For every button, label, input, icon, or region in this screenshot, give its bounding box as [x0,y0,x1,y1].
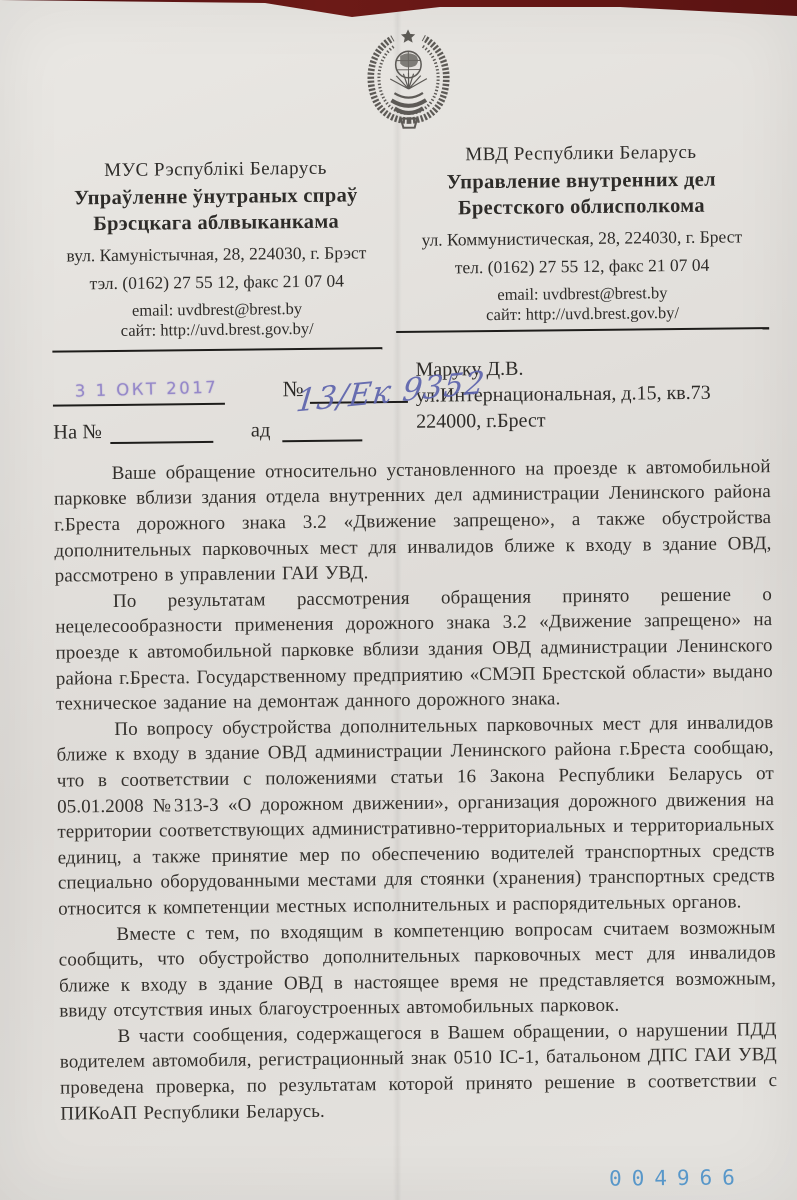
letterhead-rule-left [52,347,382,352]
belarus-state-emblem-icon [355,25,460,138]
ministry-name-ru: МВД Республики Беларусь [394,138,767,169]
letter-content: МУС Рэспублікі Беларусь Упраўленне ўнутр… [0,0,797,1200]
form-serial-number: 004966 [609,1165,745,1190]
ministry-name-be: МУС Рэспублікі Беларусь [50,154,380,185]
from-date-label: ад [251,419,271,442]
body-paragraph-4: Вместе с тем, по входящим в компетенцию … [58,915,776,1025]
number-blank-line: 13/Ек 9352 [309,355,408,404]
body-paragraph-1: Ваше обращение относительно установленно… [54,454,772,589]
reference-block: 3 1 ОКТ 2017 № 13/Ек 9352 На № ад [52,355,408,445]
reply-number-blank-line [110,405,213,444]
date-blank-line: 3 1 ОКТ 2017 [52,357,224,407]
org-name-ru-line2: Брестского облисполкома [395,192,768,223]
letter-body: Ваше обращение относительно установленно… [54,454,778,1127]
letterhead-russian: МВД Республики Беларусь Управление внутр… [394,138,769,349]
org-address-ru: ул. Коммунистическая, 28, 224030, г. Бре… [395,226,768,251]
body-paragraph-5: В части сообщения, содержащегося в Вашем… [59,1017,777,1127]
org-name-be-line2: Брэсцкага аблвыканкама [51,208,381,238]
recipient-address-line2: 224000, г.Брест [416,406,711,435]
date-stamp: 3 1 ОКТ 2017 [75,377,219,400]
org-phone-be: тэл. (0162) 27 55 12, факс 21 07 04 [52,270,382,294]
body-paragraph-3: По вопросу обустройства дополнительных п… [56,710,775,922]
letterhead-rule-right [396,327,769,333]
letterhead-belarusian: МУС Рэспублікі Беларусь Упраўленне ўнутр… [50,142,396,352]
org-phone-ru: тел. (0162) 27 55 12, факс 21 07 04 [396,254,769,279]
org-website-be: сайт: http://uvd.brest.gov.by/ [52,318,382,341]
org-name-be-line1: Упраўленне ўнутраных спраў [51,182,381,212]
body-paragraph-2: По результатам рассмотрения обращения пр… [55,582,773,717]
reference-and-recipient: 3 1 ОКТ 2017 № 13/Ек 9352 На № ад Маруку… [52,351,770,445]
org-website-ru: сайт: http://uvd.brest.gov.by/ [396,302,769,326]
letterhead: МУС Рэспублікі Беларусь Упраўленне ўнутр… [50,138,769,352]
org-address-be: вул. Камуністычная, 28, 224030, г. Брэст [51,242,381,266]
letter-page: МУС Рэспублікі Беларусь Упраўленне ўнутр… [0,0,797,1200]
org-name-ru-line1: Управление внутренних дел [395,166,768,197]
outgoing-number-line: 3 1 ОКТ 2017 № 13/Ек 9352 [52,355,407,407]
reply-to-label: На № [53,421,102,445]
